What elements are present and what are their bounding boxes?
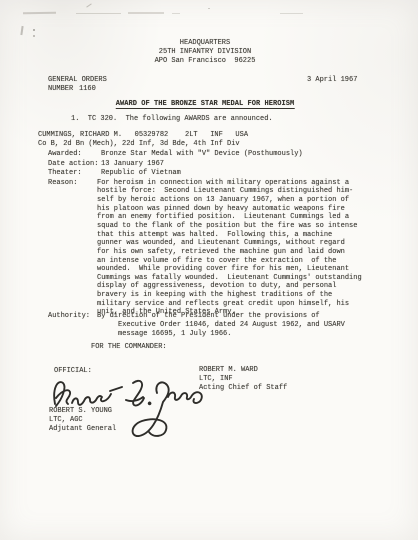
smudge-mark bbox=[20, 26, 23, 35]
smudge-mark bbox=[172, 13, 180, 14]
order-date: 3 April 1967 bbox=[307, 76, 357, 84]
letterhead: HEADQUARTERS 25TH INFANTRY DIVISION APO … bbox=[155, 39, 256, 66]
signature-robert-s-young bbox=[50, 377, 208, 441]
chief-of-staff-block: ROBERT M. WARD LTC, INF Acting Chief of … bbox=[199, 366, 287, 392]
smudge-mark bbox=[23, 12, 56, 14]
authority-text: By direction of the President under the … bbox=[97, 312, 345, 338]
general-orders-number: 1160 bbox=[79, 85, 96, 93]
awarded-value: Bronze Star Medal with "V" Device (Posth… bbox=[101, 150, 303, 158]
smudge-mark bbox=[33, 29, 35, 31]
smudge-mark bbox=[86, 3, 91, 7]
smudge-mark bbox=[128, 12, 164, 14]
announcement-line: 1. TC 320. The following AWARDS are anno… bbox=[71, 115, 273, 123]
theater-label: Theater: bbox=[48, 169, 82, 177]
date-action-label: Date action: bbox=[48, 160, 98, 168]
general-orders-label: GENERAL ORDERS bbox=[48, 76, 107, 84]
smudge-mark bbox=[208, 8, 210, 9]
general-orders-number-label: NUMBER bbox=[48, 85, 73, 93]
recipient-name-line: CUMMINGS, RICHARD M. 05329782 2LT INF US… bbox=[38, 131, 248, 139]
smudge-mark bbox=[280, 13, 303, 14]
reason-label: Reason: bbox=[48, 179, 77, 187]
document-page: HEADQUARTERS 25TH INFANTRY DIVISION APO … bbox=[0, 0, 418, 540]
official-label: OFFICIAL: bbox=[54, 367, 92, 375]
smudge-mark bbox=[33, 35, 35, 37]
smudge-mark bbox=[76, 13, 121, 15]
recipient-unit-line: Co B, 2d Bn (Mech), 22d Inf, 3d Bde, 4th… bbox=[38, 140, 240, 148]
date-action-value: 13 January 1967 bbox=[101, 160, 164, 168]
document-title: AWARD OF THE BRONZE STAR MEDAL FOR HEROI… bbox=[116, 100, 295, 110]
for-the-commander-line: FOR THE COMMANDER: bbox=[91, 343, 167, 351]
theater-value: Republic of Vietnam bbox=[101, 169, 181, 177]
reason-text: For heroism in connection with military … bbox=[97, 179, 362, 318]
authority-label: Authority: bbox=[48, 312, 90, 320]
awarded-label: Awarded: bbox=[48, 150, 82, 158]
